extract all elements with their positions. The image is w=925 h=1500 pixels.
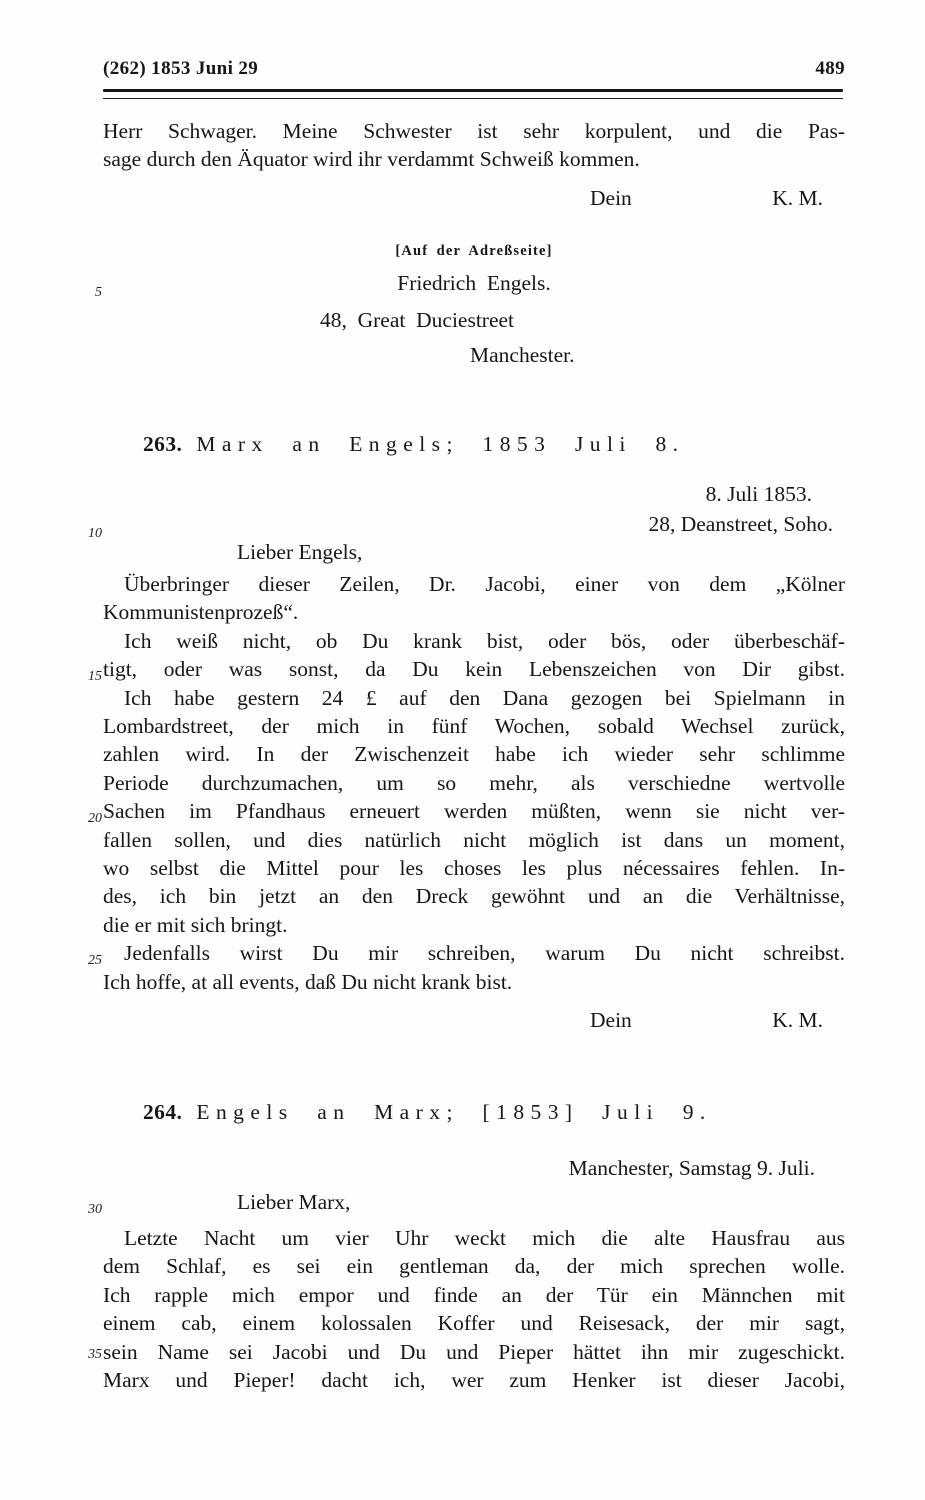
header-page-number: 489 — [815, 58, 845, 80]
letter-264-heading: 264.Engels an Marx; [1853] Juli 9. — [103, 1100, 845, 1125]
signature: K. M. — [772, 1008, 823, 1033]
letter-body-line: einem cab, einem kolossalen Koffer und R… — [103, 1309, 845, 1337]
letter-263-heading: 263.Marx an Engels; 1853 Juli 8. — [103, 432, 845, 457]
letter-body-line: die er mit sich bringt. — [103, 911, 845, 939]
letter-body-line: Marx und Pieper! dacht ich, wer zum Henk… — [103, 1366, 845, 1394]
letter-number: 263. — [143, 432, 182, 456]
address-name: Friedrich Engels. — [103, 271, 845, 296]
letter-body-line: Überbringer dieser Zeilen, Dr. Jacobi, e… — [103, 570, 845, 598]
letter-body-line: Ich hoffe, at all events, daß Du nicht k… — [103, 968, 845, 996]
letter-body-line: wo selbst die Mittel pour les choses les… — [103, 854, 845, 882]
closing-valediction: Dein — [590, 1008, 632, 1033]
letter-264-body: Letzte Nacht um vier Uhr weckt mich die … — [103, 1224, 845, 1394]
letter-body-line: Kommunistenprozeß“. — [103, 598, 845, 626]
letter-body-line: Jedenfalls wirst Du mir schreiben, warum… — [103, 939, 845, 967]
address-city: Manchester. — [470, 343, 574, 368]
margin-line-number: 30 — [80, 1202, 102, 1218]
margin-line-number: 25 — [80, 953, 102, 969]
margin-line-number: 35 — [80, 1347, 102, 1363]
letter-number: 264. — [143, 1100, 182, 1124]
letter-body-line: sage durch den Äquator wird ihr verdammt… — [103, 145, 845, 173]
letter-body-line: sein Name sei Jacobi und Du und Pieper h… — [103, 1338, 845, 1366]
letter-262-body: Herr Schwager. Meine Schwester ist sehr … — [103, 117, 845, 174]
letter-body-line: Ich rapple mich empor und finde an der T… — [103, 1281, 845, 1309]
address-street: 48, Great Duciestreet — [320, 308, 514, 333]
letter-body-line: Herr Schwager. Meine Schwester ist sehr … — [103, 117, 845, 145]
letter-body-line: fallen sollen, und dies natürlich nicht … — [103, 826, 845, 854]
header-rule-thick — [103, 89, 843, 92]
letter-dateline: 8. Juli 1853. — [103, 482, 845, 507]
page-header: (262) 1853 Juni 29 489 — [103, 58, 845, 80]
salutation: Lieber Marx, — [103, 1190, 845, 1215]
letter-body-line: Lombardstreet, der mich in fünf Wochen, … — [103, 712, 845, 740]
closing-valediction: Dein — [590, 186, 632, 211]
letter-body-line: Ich weiß nicht, ob Du krank bist, oder b… — [103, 627, 845, 655]
letter-body-line: dem Schlaf, es sei ein gentleman da, der… — [103, 1252, 845, 1280]
letter-dateline: Manchester, Samstag 9. Juli. — [103, 1156, 845, 1181]
letter-body-line: Ich habe gestern 24 £ auf den Dana gezog… — [103, 684, 845, 712]
letter-body-line: Letzte Nacht um vier Uhr weckt mich die … — [103, 1224, 845, 1252]
salutation: Lieber Engels, — [103, 540, 845, 565]
margin-line-number: 5 — [80, 285, 102, 301]
letter-title: Engels an Marx; [1853] Juli 9. — [196, 1100, 711, 1124]
address-caption: [Auf der Adreßseite] — [103, 243, 845, 260]
letter-body-line: tigt, oder was sonst, da Du kein Lebensz… — [103, 655, 845, 683]
letter-body-line: Periode durchzumachen, um so mehr, als v… — [103, 769, 845, 797]
header-date-range: (262) 1853 Juni 29 — [103, 58, 258, 80]
letter-263-closing: Dein K. M. — [103, 1008, 845, 1037]
letter-body-line: Sachen im Pfandhaus erneuert werden müßt… — [103, 797, 845, 825]
letter-title: Marx an Engels; 1853 Juli 8. — [196, 432, 684, 456]
margin-line-number: 15 — [80, 669, 102, 685]
letter-body-line: des, ich bin jetzt an den Dreck gewöhnt … — [103, 882, 845, 910]
letter-263-body: Überbringer dieser Zeilen, Dr. Jacobi, e… — [103, 570, 845, 996]
book-page: (262) 1853 Juni 29 489 5 10 15 20 25 30 … — [0, 0, 925, 1500]
letter-body-line: zahlen wird. In der Zwischenzeit habe ic… — [103, 740, 845, 768]
letter-262-closing: Dein K. M. — [103, 186, 845, 215]
signature: K. M. — [772, 186, 823, 211]
header-rule-thin — [103, 98, 843, 99]
margin-line-number: 10 — [80, 526, 102, 542]
margin-line-number: 20 — [80, 811, 102, 827]
letter-address: 28, Deanstreet, Soho. — [103, 512, 845, 537]
